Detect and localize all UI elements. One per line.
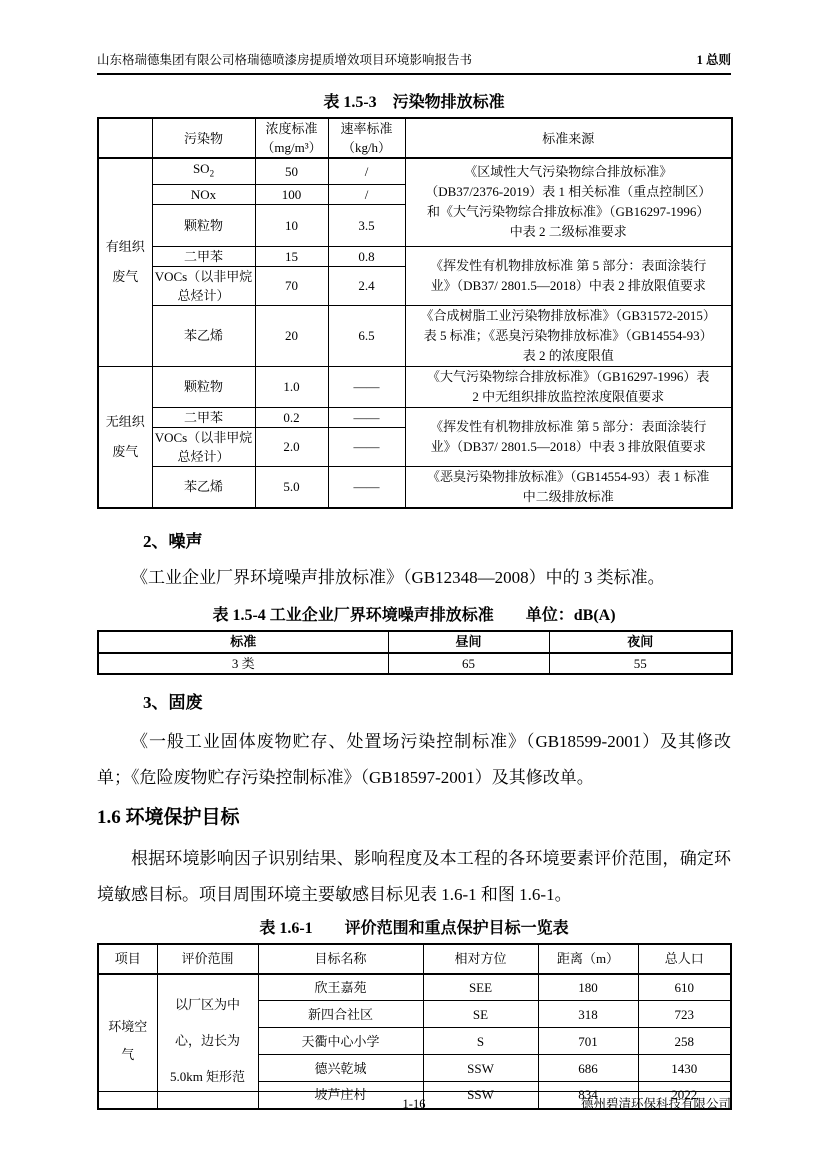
table-154: 标准 昼间 夜间 3 类 65 55 [97,630,733,675]
pollutant-cell: 苯乙烯 [152,466,255,508]
rate-cell: 6.5 [328,305,405,366]
target-cell: 天衢中心小学 [258,1028,423,1055]
page-footer: 1-16 德州碧清环保科技有限公司 [97,1091,731,1112]
solid-waste-paragraph: 《一般工业固体废物贮存、处置场污染控制标准》（GB18599-2001）及其修改… [97,724,731,796]
rate-cell: 2.4 [328,266,405,305]
daytime-header-cell: 昼间 [388,631,549,653]
page-body: 表 1.5-3 污染物排放标准 污染物 浓度标准 （mg/m³） 速率标准 （k… [97,92,731,1110]
project-header-cell: 项目 [98,944,157,974]
distance-cell: 686 [538,1055,638,1082]
table-row: 无组织 废气 颗粒物 1.0 —— 《大气污染物综合排放标准》（GB16297-… [98,366,732,407]
table-row: 环境空 气 以厂区为中 心，边长为 5.0km 矩形范 欣王嘉苑 SEE 180… [98,974,731,1001]
source-cell: 《恶臭污染物排放标准》（GB14554-93）表 1 标准 中二级排放标准 [405,466,732,508]
source-cell: 《挥发性有机物排放标准 第 5 部分：表面涂装行 业》（DB37/ 2801.5… [405,407,732,466]
standard-cell: 3 类 [98,653,388,674]
solid-waste-heading: 3、固废 [143,692,731,714]
target-cell: 欣王嘉苑 [258,974,423,1001]
table-161: 项目 评价范围 目标名称 相对方位 距离（m） 总人口 环境空 气 以厂区为中 … [97,943,732,1110]
table-153-header-row: 污染物 浓度标准 （mg/m³） 速率标准 （kg/h） 标准来源 [98,118,732,158]
noise-heading: 2、噪声 [143,531,731,553]
concentration-header-cell: 浓度标准 （mg/m³） [255,118,328,158]
source-cell: 《合成树脂工业污染物排放标准》（GB31572-2015） 表 5 标准；《恶臭… [405,305,732,366]
organized-gas-label-cell: 有组织 废气 [98,158,152,366]
table-161-header-row: 项目 评价范围 目标名称 相对方位 距离（m） 总人口 [98,944,731,974]
concentration-cell: 20 [255,305,328,366]
rate-cell: —— [328,407,405,427]
direction-cell: S [423,1028,538,1055]
rate-cell: 3.5 [328,204,405,246]
scope-cell: 以厂区为中 心，边长为 5.0km 矩形范 [157,974,258,1109]
pollutant-cell: 二甲苯 [152,246,255,266]
population-cell: 258 [638,1028,731,1055]
distance-cell: 180 [538,974,638,1001]
table-153-title: 表 1.5-3 污染物排放标准 [97,92,731,113]
pollutant-header-cell: 污染物 [152,118,255,158]
distance-cell: 318 [538,1001,638,1028]
concentration-cell: 2.0 [255,427,328,466]
rate-cell: —— [328,427,405,466]
daytime-cell: 65 [388,653,549,674]
direction-header-cell: 相对方位 [423,944,538,974]
table-row: 苯乙烯 20 6.5 《合成树脂工业污染物排放标准》（GB31572-2015）… [98,305,732,366]
rate-cell: 0.8 [328,246,405,266]
document-page: 山东格瑞德集团有限公司格瑞德喷漆房提质增效项目环境影响报告书 1 总则 表 1.… [0,0,827,1169]
target-cell: 德兴乾城 [258,1055,423,1082]
pollutant-cell: 颗粒物 [152,204,255,246]
source-cell: 《挥发性有机物排放标准 第 5 部分：表面涂装行 业》（DB37/ 2801.5… [405,246,732,305]
chapter-label: 1 总则 [697,52,731,68]
page-header: 山东格瑞德集团有限公司格瑞德喷漆房提质增效项目环境影响报告书 1 总则 [97,52,731,75]
rate-cell: / [328,184,405,204]
pollutant-cell: 二甲苯 [152,407,255,427]
table-154-header-row: 标准 昼间 夜间 [98,631,732,653]
scope-header-cell: 评价范围 [157,944,258,974]
concentration-cell: 50 [255,158,328,184]
rate-cell: —— [328,366,405,407]
target-header-cell: 目标名称 [258,944,423,974]
direction-cell: SSW [423,1055,538,1082]
direction-cell: SEE [423,974,538,1001]
section-1-6-heading: 1.6 环境保护目标 [97,805,731,831]
population-header-cell: 总人口 [638,944,731,974]
table-row: 有组织 废气 SO2 50 / 《区域性大气污染物综合排放标准》 （DB37/2… [98,158,732,184]
concentration-cell: 70 [255,266,328,305]
table-153: 污染物 浓度标准 （mg/m³） 速率标准 （kg/h） 标准来源 有组织 废气… [97,117,733,509]
table-row: 3 类 65 55 [98,653,732,674]
target-cell: 新四合社区 [258,1001,423,1028]
pollutant-cell: SO2 [152,158,255,184]
population-cell: 723 [638,1001,731,1028]
nighttime-cell: 55 [549,653,732,674]
table-row: 二甲苯 15 0.8 《挥发性有机物排放标准 第 5 部分：表面涂装行 业》（D… [98,246,732,266]
source-cell: 《区域性大气污染物综合排放标准》 （DB37/2376-2019）表 1 相关标… [405,158,732,246]
category-header-cell [98,118,152,158]
distance-header-cell: 距离（m） [538,944,638,974]
population-cell: 610 [638,974,731,1001]
noise-paragraph: 《工业企业厂界环境噪声排放标准》（GB12348—2008）中的 3 类标准。 [97,566,731,590]
rate-cell: / [328,158,405,184]
distance-cell: 701 [538,1028,638,1055]
project-cell: 环境空 气 [98,974,157,1109]
concentration-cell: 15 [255,246,328,266]
source-header-cell: 标准来源 [405,118,732,158]
table-row: 苯乙烯 5.0 —— 《恶臭污染物排放标准》（GB14554-93）表 1 标准… [98,466,732,508]
section-1-6-paragraph: 根据环境影响因子识别结果、影响程度及本工程的各环境要素评价范围，确定环境敏感目标… [97,841,731,913]
direction-cell: SE [423,1001,538,1028]
concentration-cell: 0.2 [255,407,328,427]
table-154-title: 表 1.5-4 工业企业厂界环境噪声排放标准 单位：dB(A) [97,605,731,626]
table-161-title: 表 1.6-1 评价范围和重点保护目标一览表 [97,918,731,939]
source-cell: 《大气污染物综合排放标准》（GB16297-1996）表 2 中无组织排放监控浓… [405,366,732,407]
concentration-cell: 10 [255,204,328,246]
standard-header-cell: 标准 [98,631,388,653]
population-cell: 1430 [638,1055,731,1082]
concentration-cell: 5.0 [255,466,328,508]
page-number: 1-16 [403,1096,426,1112]
pollutant-cell: VOCs（以非甲烷 总烃计） [152,266,255,305]
pollutant-cell: NOx [152,184,255,204]
subscript: 2 [210,169,215,179]
pollutant-cell: VOCs（以非甲烷 总烃计） [152,427,255,466]
doc-title: 山东格瑞德集团有限公司格瑞德喷漆房提质增效项目环境影响报告书 [97,52,472,68]
pollutant-cell: 颗粒物 [152,366,255,407]
table-row: 二甲苯 0.2 —— 《挥发性有机物排放标准 第 5 部分：表面涂装行 业》（D… [98,407,732,427]
nighttime-header-cell: 夜间 [549,631,732,653]
pollutant-cell: 苯乙烯 [152,305,255,366]
rate-header-cell: 速率标准 （kg/h） [328,118,405,158]
concentration-cell: 100 [255,184,328,204]
concentration-cell: 1.0 [255,366,328,407]
rate-cell: —— [328,466,405,508]
unorganized-gas-label-cell: 无组织 废气 [98,366,152,508]
company-name: 德州碧清环保科技有限公司 [425,1096,731,1112]
